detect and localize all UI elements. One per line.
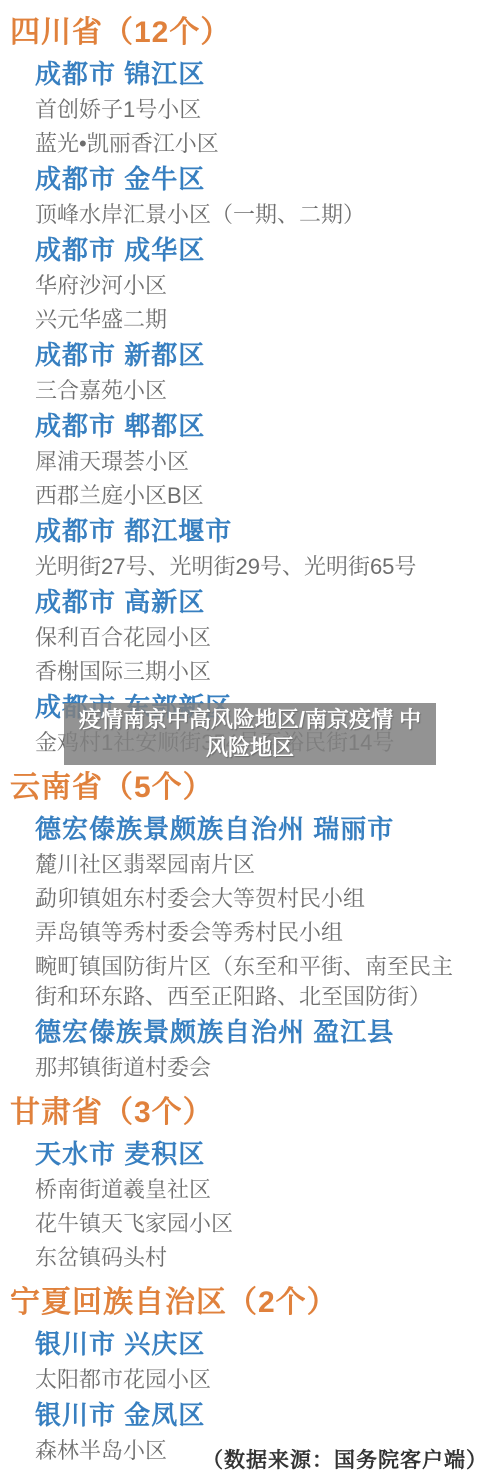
province-name: 宁夏回族自治区	[10, 1286, 227, 1319]
risk-area-item: 弄岛镇等秀村委会等秀村民小组	[35, 918, 472, 948]
city-district-header: 成都市 郫都区	[35, 409, 500, 443]
city-district-header: 成都市 新都区	[35, 338, 500, 372]
province-header: 宁夏回族自治区（2个）	[10, 1282, 500, 1324]
risk-area-item: 保利百合花园小区	[35, 623, 472, 653]
risk-area-item: 太阳都市花园小区	[35, 1365, 472, 1395]
city-district-header: 成都市 都江堰市	[35, 514, 500, 548]
risk-area-item: 那邦镇街道村委会	[35, 1053, 472, 1083]
province-header: 云南省（5个）	[10, 767, 500, 809]
city-district-header: 天水市 麦积区	[35, 1137, 500, 1171]
city-district-header: 德宏傣族景颇族自治州 盈江县	[35, 1015, 500, 1049]
province-count: （2个）	[227, 1286, 338, 1319]
risk-area-item: 麓川社区翡翠园南片区	[35, 850, 472, 880]
risk-area-item: 华府沙河小区	[35, 271, 472, 301]
city-district-header: 银川市 金凤区	[35, 1398, 500, 1432]
risk-area-item: 顶峰水岸汇景小区（一期、二期）	[35, 200, 472, 230]
risk-area-item: 桥南街道羲皇社区	[35, 1175, 472, 1205]
risk-area-item: 蓝光•凯丽香江小区	[35, 129, 472, 159]
risk-area-item: 畹町镇国防街片区（东至和平街、南至民主街和环东路、西至正阳路、北至国防街）	[35, 952, 472, 1012]
province-header: 四川省（12个）	[10, 12, 500, 54]
city-district-header: 成都市 锦江区	[35, 57, 500, 91]
risk-area-item: 西郡兰庭小区B区	[35, 481, 472, 511]
risk-area-item: 首创娇子1号小区	[35, 95, 472, 125]
province-count: （3个）	[103, 1096, 214, 1129]
city-district-header: 银川市 兴庆区	[35, 1327, 500, 1361]
risk-area-item: 香榭国际三期小区	[35, 657, 472, 687]
province-name: 云南省	[10, 771, 103, 804]
risk-area-item: 犀浦天璟荟小区	[35, 447, 472, 477]
province-count: （5个）	[103, 771, 214, 804]
city-district-header: 成都市 成华区	[35, 233, 500, 267]
province-name: 甘肃省	[10, 1096, 103, 1129]
data-source-note: （数据来源：国务院客户端）	[202, 1444, 488, 1471]
watermark-overlay: 疫情南京中高风险地区/南京疫情 中 风险地区	[64, 703, 436, 765]
province-count: （12个）	[103, 16, 231, 49]
risk-area-item: 兴元华盛二期	[35, 305, 472, 335]
risk-area-item: 光明街27号、光明街29号、光明街65号	[35, 552, 472, 582]
risk-area-item: 三合嘉苑小区	[35, 376, 472, 406]
watermark-line-2: 风险地区	[68, 734, 432, 762]
province-name: 四川省	[10, 16, 103, 49]
city-district-header: 成都市 金牛区	[35, 162, 500, 196]
city-district-header: 成都市 高新区	[35, 585, 500, 619]
risk-area-item: 花牛镇天飞家园小区	[35, 1209, 472, 1239]
watermark-line-1: 疫情南京中高风险地区/南京疫情 中	[68, 706, 432, 734]
city-district-header: 德宏傣族景颇族自治州 瑞丽市	[35, 812, 500, 846]
province-header: 甘肃省（3个）	[10, 1092, 500, 1134]
risk-area-item: 东岔镇码头村	[35, 1243, 472, 1273]
risk-area-item: 勐卯镇姐东村委会大等贺村民小组	[35, 884, 472, 914]
